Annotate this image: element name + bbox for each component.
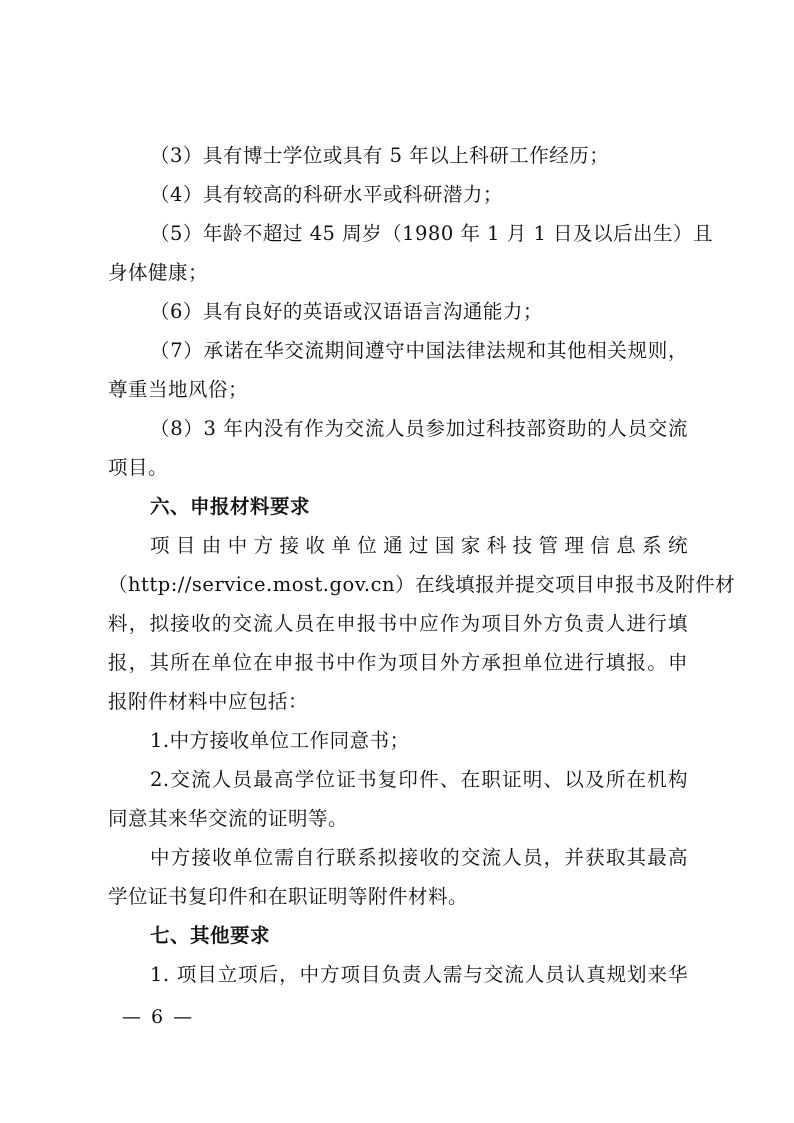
requirement-6: （6）具有良好的英语或汉语语言沟通能力；	[150, 300, 688, 324]
requirement-4: （4）具有较高的科研水平或科研潜力；	[150, 183, 688, 207]
requirement-5-cont: 身体健康；	[108, 261, 688, 285]
section-6-para-line: 料，拟接收的交流人员在申报书中应作为项目外方负责人进行填	[108, 612, 688, 636]
attachment-item-2-cont: 同意其来华交流的证明等。	[108, 807, 688, 831]
section-7-item-1: 1. 项目立项后，中方项目负责人需与交流人员认真规划来华	[150, 963, 688, 987]
attachment-item-1: 1.中方接收单位工作同意书；	[150, 729, 688, 753]
requirement-8-cont: 项目。	[108, 456, 688, 480]
section-7-heading: 七、其他要求	[150, 924, 688, 948]
section-6-heading: 六、申报材料要求	[150, 495, 688, 519]
page-number: — 6 —	[122, 1005, 194, 1029]
requirement-5: （5）年龄不超过 45 周岁（1980 年 1 月 1 日及以后出生）且	[150, 222, 688, 246]
section-6-para-line: 项目由中方接收单位通过国家科技管理信息系统	[150, 534, 688, 558]
section-6-para-line: 报，其所在单位在申报书中作为项目外方承担单位进行填报。申	[108, 651, 688, 675]
requirement-8: （8）3 年内没有作为交流人员参加过科技部资助的人员交流	[150, 417, 688, 441]
requirement-7-cont: 尊重当地风俗；	[108, 378, 688, 402]
requirement-7: （7）承诺在华交流期间遵守中国法律法规和其他相关规则，	[150, 339, 688, 363]
requirement-3: （3）具有博士学位或具有 5 年以上科研工作经历；	[150, 144, 688, 168]
section-6-para-line: （http://service.most.gov.cn）在线填报并提交项目申报书…	[108, 573, 688, 597]
section-6-para2-line: 学位证书复印件和在职证明等附件材料。	[108, 885, 688, 909]
attachment-item-2: 2.交流人员最高学位证书复印件、在职证明、以及所在机构	[150, 768, 688, 792]
section-6-para2-line: 中方接收单位需自行联系拟接收的交流人员，并获取其最高	[150, 846, 688, 870]
section-6-para-line: 报附件材料中应包括：	[108, 690, 688, 714]
document-page: （3）具有博士学位或具有 5 年以上科研工作经历； （4）具有较高的科研水平或科…	[0, 0, 794, 1123]
